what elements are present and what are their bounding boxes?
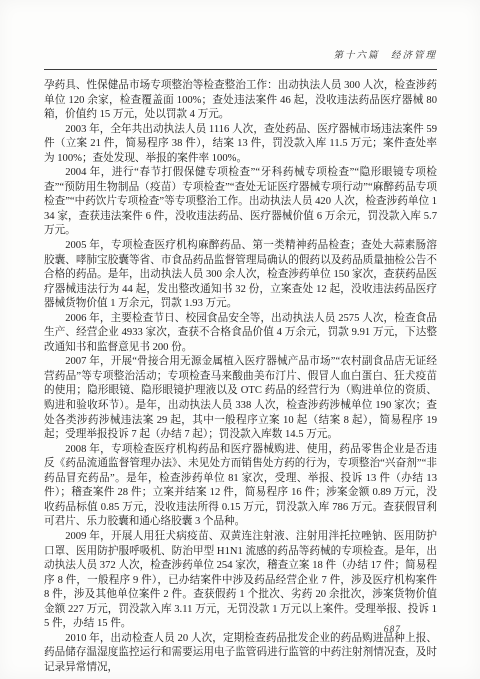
paragraph: 2010 年，出动检查人员 20 人次，定期检查药品批发企业的药品购进品种上报、…	[44, 632, 437, 676]
paragraph: 2007 年，开展“骨接合用无源金属植入医疗器械产品市场”“农村副食品店无证经营…	[44, 355, 437, 442]
paragraph: 2004 年，进行“春节打假保健专项检查”“牙科药械专项检查”“隐形眼镜专项检查…	[44, 166, 437, 239]
paragraph: 2008 年，专项检查医疗机构药品和医疗器械购进、使用，药品零售企业是否违反《药…	[44, 443, 437, 530]
section-title: 第十六篇 经济管理	[333, 51, 437, 61]
page-number: 687	[384, 625, 401, 635]
paragraph: 2005 年，专项检查医疗机构麻醉药品、第一类精神药品检查；查处大蒜素肠溶胶囊、…	[44, 239, 437, 312]
paragraph: 2003 年，全年共出动执法人员 1116 人次，查处药品、医疗器械市场违法案件…	[44, 123, 437, 167]
body-paragraphs: 孕药具、性保健品市场专项整治等检查整治工作：出动执法人员 300 人次，检查涉药…	[44, 79, 437, 675]
paragraph: 孕药具、性保健品市场专项整治等检查整治工作：出动执法人员 300 人次，检查涉药…	[44, 79, 437, 123]
document-page: 第十六篇 经济管理 孕药具、性保健品市场专项整治等检查整治工作：出动执法人员 3…	[0, 0, 480, 679]
running-head: 第十六篇 经济管理	[44, 47, 437, 70]
page-footer: 687	[384, 625, 401, 635]
paragraph: 2006 年，主要检查节日、校园食品安全等，出动执法人员 2575 人次，检查食…	[44, 312, 437, 356]
paragraph: 2009 年，开展人用狂犬病疫苗、双黄连注射液、注射用泮托拉唑钠、医用防护口罩、…	[44, 530, 437, 632]
